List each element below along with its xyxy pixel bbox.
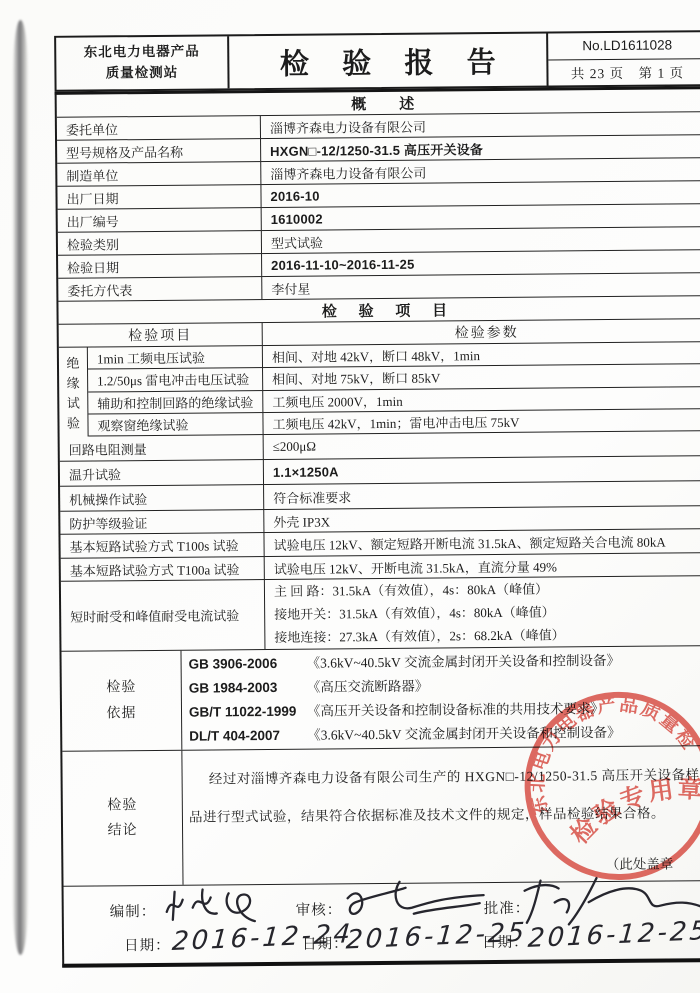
test-item: 短时耐受和峰值耐受电流试验 bbox=[61, 580, 266, 651]
test-item: 基本短路试验方式 T100a 试验 bbox=[61, 557, 265, 581]
row-value: 1610002 bbox=[262, 204, 700, 230]
test-item: 1min 工频电压试验 bbox=[88, 346, 263, 369]
insulation-test-group: 绝 缘 试 验 1min 工频电压试验 相间、对地 42kV，断口 48kV，1… bbox=[59, 342, 700, 437]
standard-code: GB/T 11022-1999 bbox=[189, 701, 307, 723]
report-number: No.LD1611028 bbox=[548, 32, 700, 60]
column-header-item: 检验项目 bbox=[59, 323, 263, 347]
column-header-param: 检验参数 bbox=[263, 319, 700, 345]
test-param: 符合标准要求 bbox=[264, 481, 700, 509]
date-label: 日期： bbox=[302, 932, 349, 953]
row-label: 委托方代表 bbox=[58, 277, 262, 301]
test-item: 防护等级验证 bbox=[60, 510, 264, 534]
test-param: 工频电压 2000V，1min bbox=[263, 387, 700, 412]
row-label: 检验类别 bbox=[58, 231, 262, 255]
conclusion-text: 经过对淄博齐森电力设备有限公司生产的 HXGN□-12/1250-31.5 高压… bbox=[188, 756, 700, 836]
test-param: 1.1×1250A bbox=[264, 456, 700, 484]
scanned-inspection-report: { "header": { "org_line1": "东北电力电器产品", "… bbox=[0, 0, 700, 993]
basis-label: 检验 依据 bbox=[61, 651, 182, 751]
withstand-line-earthing-connection: 接地连接：27.3kA（有效值），2s：68.2kA（峰值） bbox=[274, 623, 700, 648]
withstand-line-main-circuit: 主 回 路：31.5kA（有效值），4s：80kA（峰值） bbox=[274, 577, 700, 602]
stamp-here-note: （此处盖章 bbox=[606, 852, 674, 873]
row-value: 李付星 bbox=[262, 273, 700, 299]
conclusion-label-line1: 检验 bbox=[107, 793, 137, 818]
insulation-vertical-label: 绝 缘 试 验 bbox=[59, 348, 89, 437]
report-number-block: No.LD1611028 共 23 页 第 1 页 bbox=[546, 32, 700, 85]
test-item: 辅助和控制回路的绝缘试验 bbox=[88, 391, 263, 414]
testing-station-name: 东北电力电器产品 质量检测站 bbox=[56, 36, 229, 90]
row-label: 出厂日期 bbox=[57, 185, 261, 209]
standard-title: 《高压开关设备和控制设备标准的共用技术要求》 bbox=[307, 697, 700, 722]
inspection-basis-row: 检验 依据 GB 3906-2006 《3.6kV~40.5kV 交流金属封闭开… bbox=[61, 646, 700, 752]
reviewed-by-label: 审核： bbox=[296, 898, 343, 919]
row-label: 检验日期 bbox=[58, 254, 262, 278]
standard-code: DL/T 404-2007 bbox=[189, 725, 307, 747]
row-label: 委托单位 bbox=[57, 116, 261, 140]
row-value: 淄博齐森电力设备有限公司 bbox=[261, 158, 700, 184]
conclusion-label-line2: 结论 bbox=[107, 818, 137, 843]
withstand-values: 主 回 路：31.5kA（有效值），4s：80kA（峰值） 接地开关：31.5k… bbox=[265, 576, 700, 649]
test-param: 相间、对地 42kV，断口 48kV，1min bbox=[263, 342, 700, 367]
date-label: 日期： bbox=[124, 934, 171, 955]
withstand-current-row: 短时耐受和峰值耐受电流试验 主 回 路：31.5kA（有效值），4s：80kA（… bbox=[61, 576, 700, 652]
standards-list: GB 3906-2006 《3.6kV~40.5kV 交流金属封闭开关设备和控制… bbox=[181, 646, 700, 750]
test-param: 工频电压 42kV，1min；雷电冲击电压 75kV bbox=[263, 409, 700, 434]
pagination: 共 23 页 第 1 页 bbox=[548, 59, 700, 86]
station-name-line1: 东北电力电器产品 bbox=[84, 42, 200, 64]
standard-title: 《3.6kV~40.5kV 交流金属封闭开关设备和控制设备》 bbox=[307, 721, 700, 746]
conclusion-body: 经过对淄博齐森电力设备有限公司生产的 HXGN□-12/1250-31.5 高压… bbox=[182, 746, 700, 885]
conclusion-label: 检验 结论 bbox=[62, 751, 183, 886]
test-item: 机械操作试验 bbox=[60, 485, 264, 511]
prepared-signature bbox=[159, 883, 289, 926]
date-label: 日期： bbox=[482, 931, 529, 952]
vertical-char: 绝 bbox=[66, 352, 79, 371]
report-sheet: 东北电力电器产品 质量检测站 检 验 报 告 No.LD1611028 共 23… bbox=[0, 0, 700, 993]
test-param: 试验电压 12kV、额定短路开断电流 31.5kA、额定短路关合电流 80kA bbox=[264, 529, 700, 556]
row-value: 2016-11-10~2016-11-25 bbox=[262, 250, 700, 276]
vertical-char: 验 bbox=[67, 413, 80, 432]
inspection-conclusion-row: 检验 结论 经过对淄博齐森电力设备有限公司生产的 HXGN□-12/1250-3… bbox=[62, 746, 700, 887]
standard-entry: GB 1984-2003 《高压交流断路器》 bbox=[189, 673, 700, 699]
test-param: 相间、对地 75kV，断口 85kV bbox=[263, 364, 700, 389]
signature-row: 编制： 审核： 批准： 日期： 2016-12-24 日期： 2016-12-2… bbox=[64, 881, 700, 964]
reviewed-signature bbox=[341, 877, 491, 926]
row-value: 2016-10 bbox=[261, 181, 700, 207]
station-name-line2: 质量检测站 bbox=[106, 63, 179, 85]
vertical-char: 试 bbox=[67, 393, 80, 412]
row-label: 制造单位 bbox=[57, 162, 261, 186]
report-title: 检 验 报 告 bbox=[229, 34, 546, 89]
standard-entry: GB 3906-2006 《3.6kV~40.5kV 交流金属封闭开关设备和控制… bbox=[189, 649, 700, 675]
vertical-char: 缘 bbox=[67, 372, 80, 391]
standard-entry: GB/T 11022-1999 《高压开关设备和控制设备标准的共用技术要求》 bbox=[189, 697, 700, 723]
test-param: ≤200μΩ bbox=[264, 431, 700, 459]
standard-entry: DL/T 404-2007 《3.6kV~40.5kV 交流金属封闭开关设备和控… bbox=[189, 721, 700, 747]
row-value: HXGN□-12/1250-31.5 高压开关设备 bbox=[261, 135, 700, 161]
test-item: 回路电阻测量 bbox=[60, 435, 264, 461]
test-param: 试验电压 12kV、开断电流 31.5kA，直流分量 49% bbox=[265, 553, 700, 579]
prepared-by-label: 编制： bbox=[110, 900, 157, 921]
standard-title: 《3.6kV~40.5kV 交流金属封闭开关设备和控制设备》 bbox=[307, 649, 700, 674]
row-value: 型式试验 bbox=[262, 227, 700, 253]
row-label: 型号规格及产品名称 bbox=[57, 139, 261, 163]
test-item: 基本短路试验方式 T100s 试验 bbox=[60, 533, 264, 558]
test-item: 观察窗绝缘试验 bbox=[88, 413, 263, 436]
basis-label-line2: 依据 bbox=[106, 701, 136, 726]
test-item: 温升试验 bbox=[60, 460, 264, 486]
report-body-table: 概 述 委托单位 淄博齐森电力设备有限公司 型号规格及产品名称 HXGN□-12… bbox=[55, 86, 700, 968]
row-label: 出厂编号 bbox=[58, 208, 262, 232]
withstand-line-earthing-switch: 接地开关：31.5kA（有效值），4s：80kA（峰值） bbox=[274, 600, 700, 625]
basis-label-line1: 检验 bbox=[106, 675, 136, 700]
report-header: 东北电力电器产品 质量检测站 检 验 报 告 No.LD1611028 共 23… bbox=[54, 30, 700, 92]
row-value: 淄博齐森电力设备有限公司 bbox=[261, 112, 700, 138]
standard-code: GB 3906-2006 bbox=[189, 653, 307, 675]
standard-title: 《高压交流断路器》 bbox=[307, 673, 700, 698]
test-item: 1.2/50μs 雷电冲击电压试验 bbox=[88, 368, 263, 391]
standard-code: GB 1984-2003 bbox=[189, 677, 307, 699]
test-param: 外壳 IP3X bbox=[264, 506, 700, 532]
